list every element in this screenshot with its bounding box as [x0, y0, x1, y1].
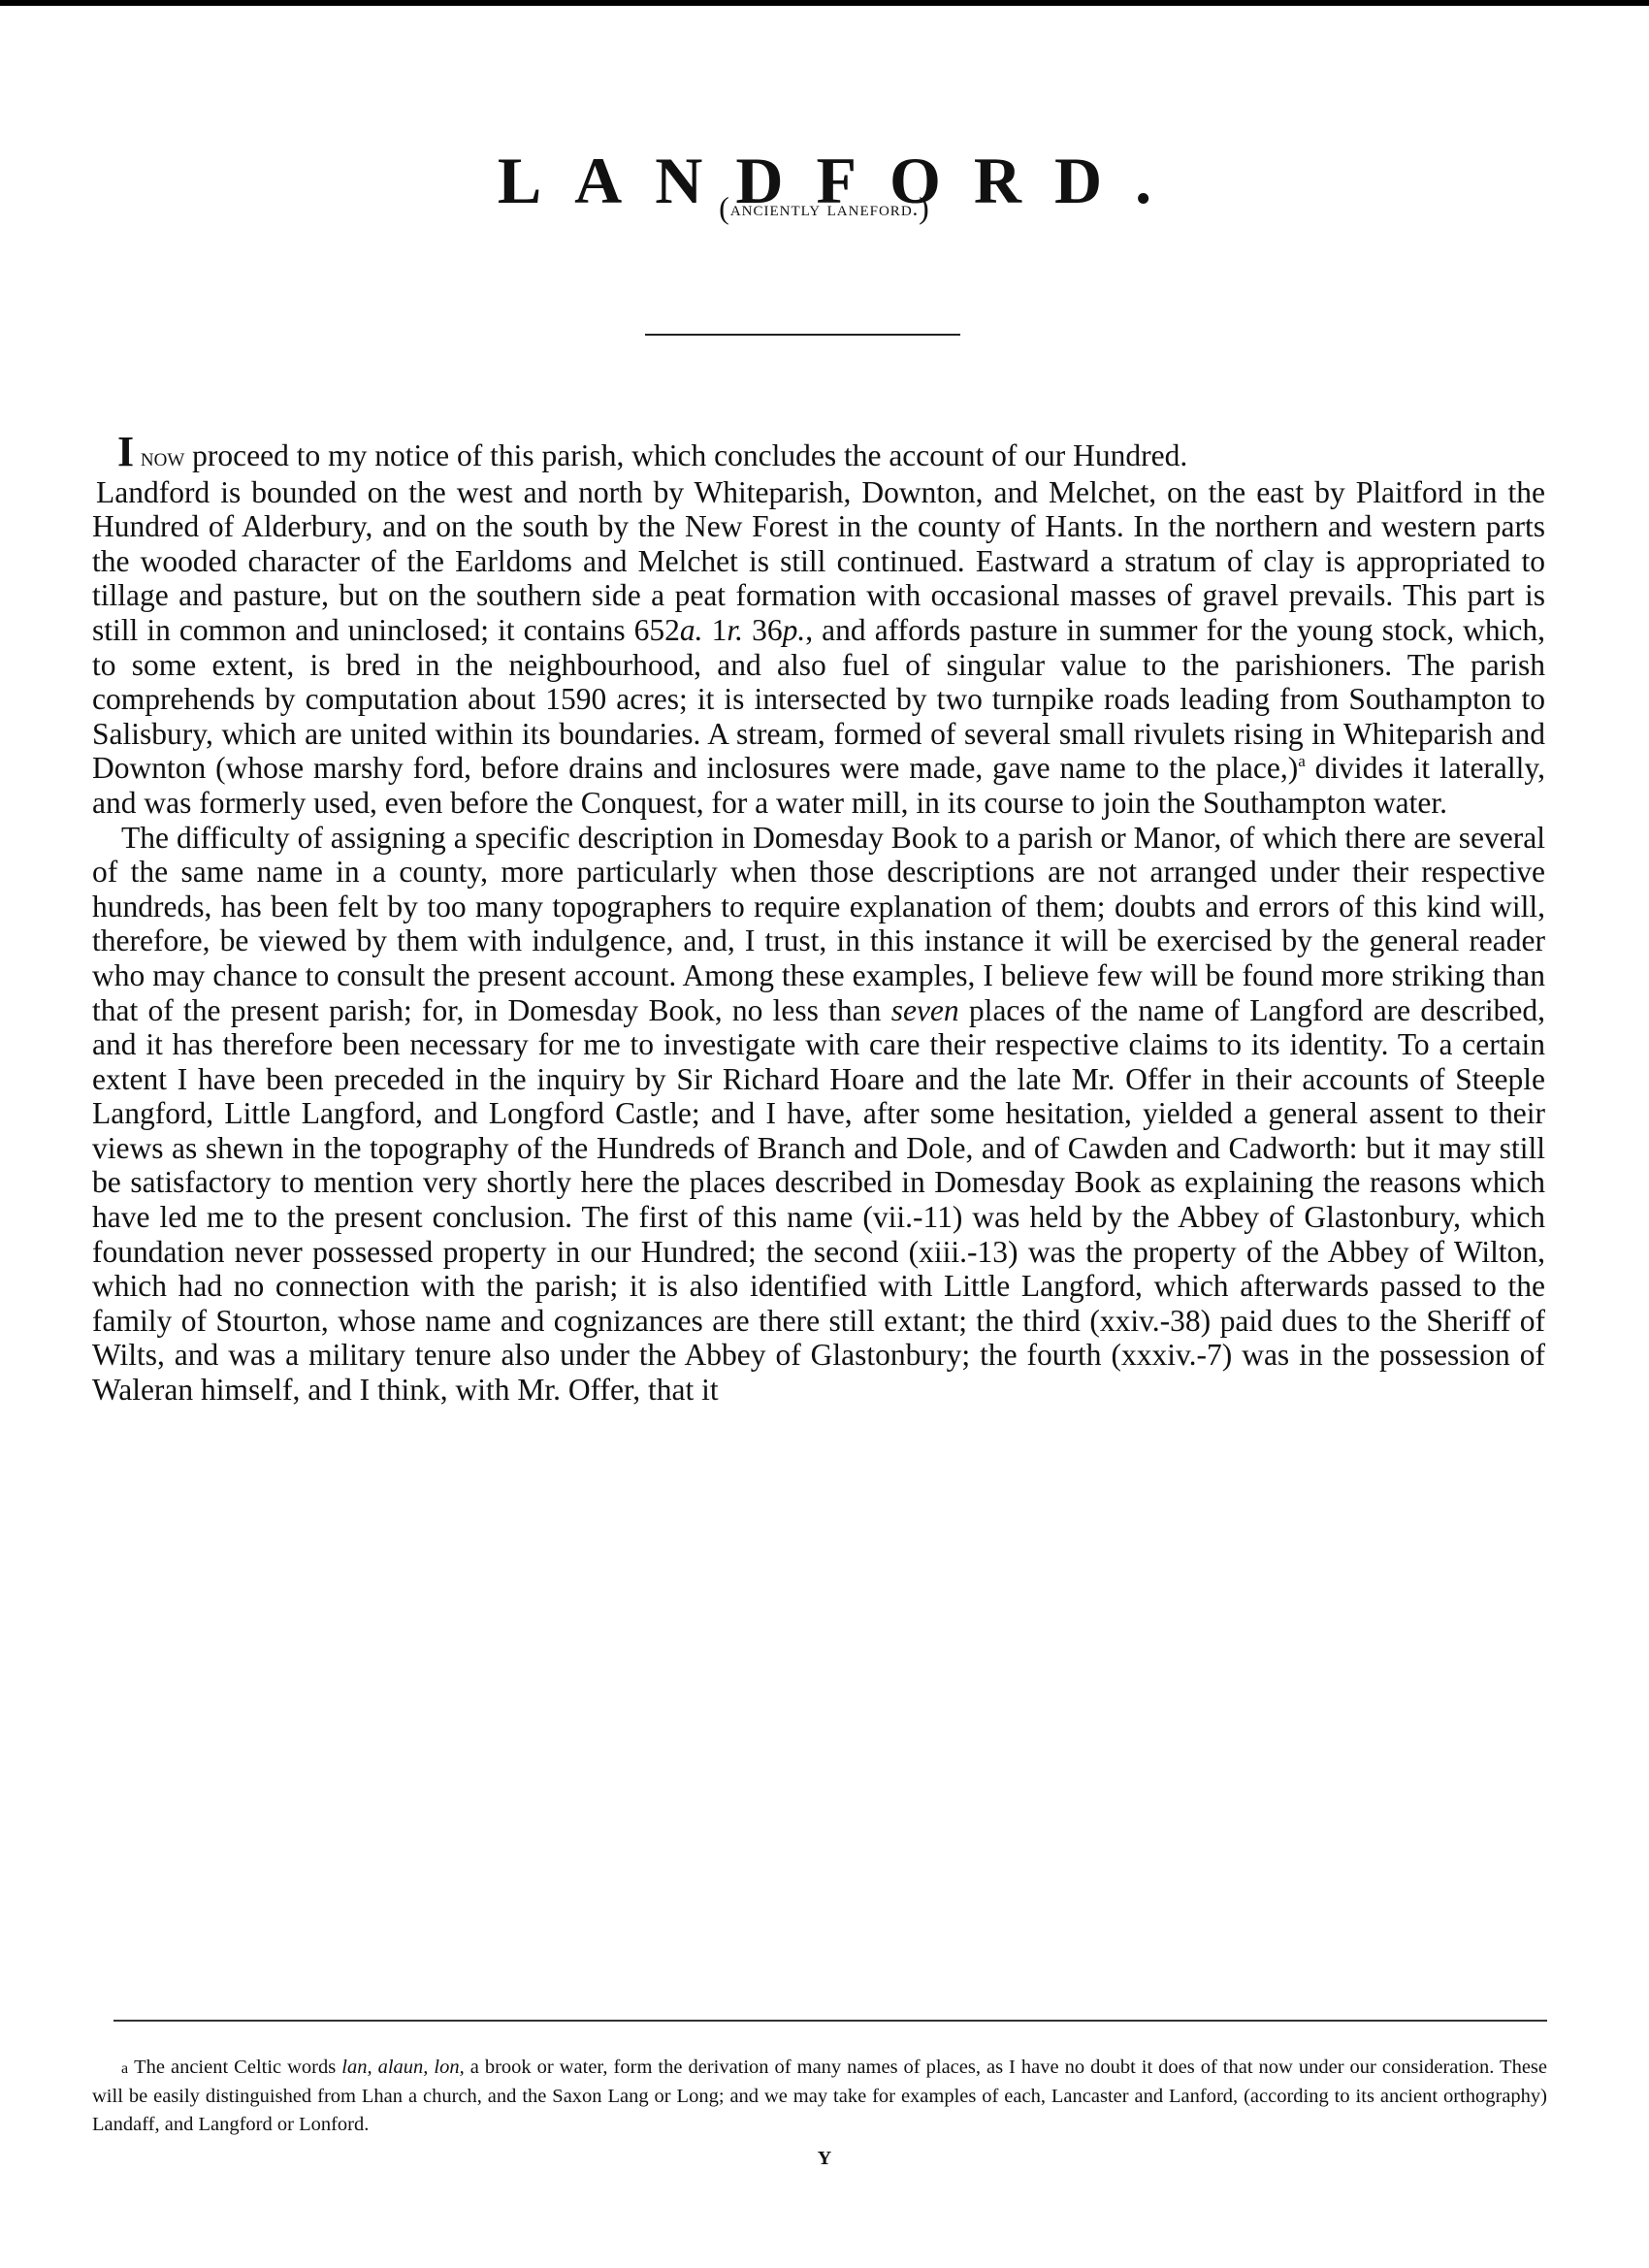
footnotes: aThe ancient Celtic words lan, alaun, lo… [92, 2054, 1547, 2139]
italic-seven: seven [891, 993, 959, 1027]
footnote-divider [113, 2020, 1547, 2022]
footnote-italic-words: lan, alaun, lon, [341, 2057, 464, 2078]
unit-perches: p. [783, 613, 806, 647]
unit-acres: a. [680, 613, 703, 647]
paragraph-2: The difficulty of assigning a specific d… [92, 821, 1545, 1408]
signature-mark: Y [0, 2148, 1649, 2170]
lead-smallcaps: now [134, 442, 184, 471]
page-subtitle: (anciently laneford.) [0, 190, 1649, 226]
unit-roods: r. [727, 613, 743, 647]
subtitle-open-paren: ( [719, 190, 730, 225]
footnote-a: aThe ancient Celtic words lan, alaun, lo… [92, 2054, 1547, 2139]
title-divider [645, 334, 960, 336]
footnote-letter: a [121, 2060, 128, 2077]
subtitle-text: anciently laneford. [730, 196, 919, 220]
subtitle-close-paren: ) [919, 190, 930, 225]
num-roods: 1 [703, 613, 727, 647]
footnote-text-1: The ancient Celtic words [134, 2057, 341, 2078]
drop-initial: I [117, 428, 134, 475]
footnote-reference[interactable]: a [1298, 752, 1306, 770]
paragraph-2-text-2: places of the name of Langford are descr… [92, 993, 1545, 1408]
main-text: I now proceed to my notice of this paris… [92, 437, 1545, 1408]
paragraph-1-text-1: proceed to my notice of this parish, whi… [184, 438, 1187, 472]
paragraph-1: I now proceed to my notice of this paris… [92, 437, 1545, 821]
num-perches: 36 [743, 613, 783, 647]
scan-top-edge [0, 0, 1649, 6]
